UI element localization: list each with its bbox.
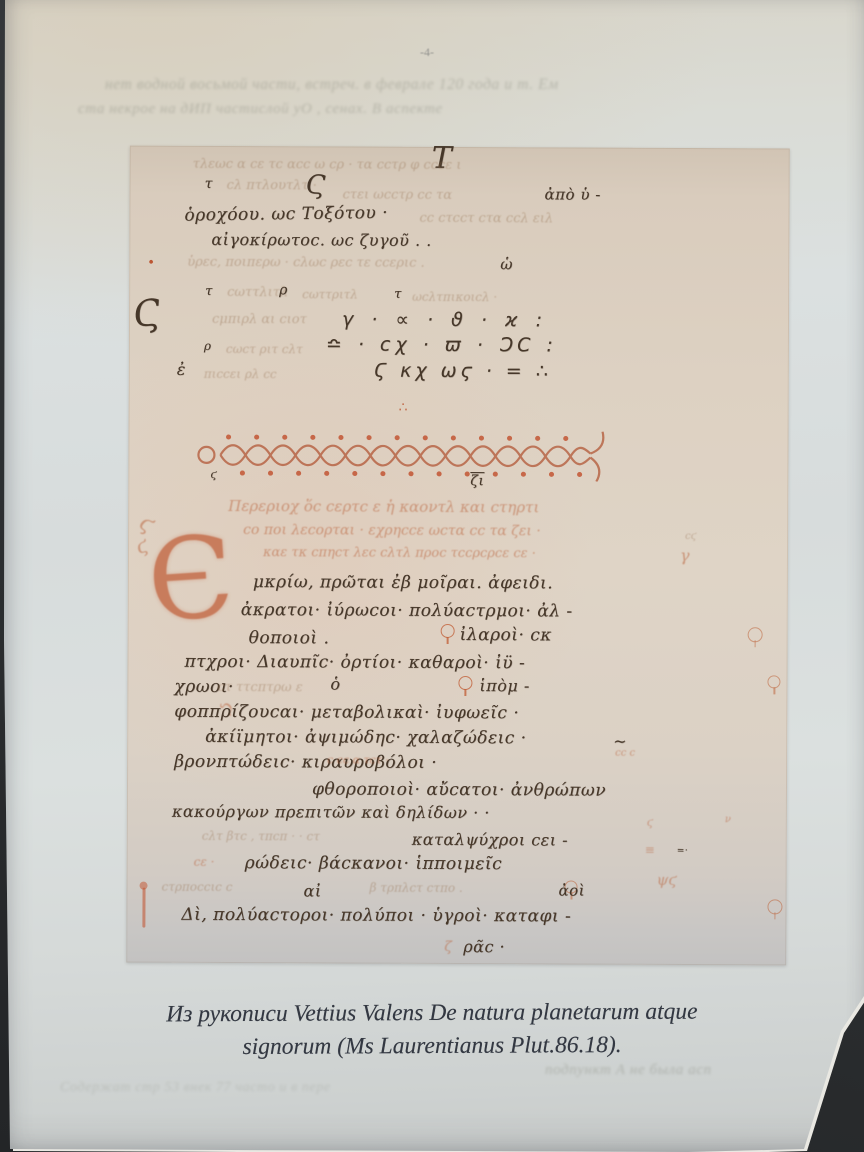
koppa-symbol	[748, 627, 763, 642]
manuscript-line: ἀκρατοι· ἰύρωϲοι· πολύαϲτρμοι· ἀλ -	[241, 600, 573, 621]
margin-mark: ϲϛ	[685, 531, 696, 542]
manuscript-letter: Ϛ	[306, 170, 327, 200]
zodiac-row: ≏ · ϲχ · ϖ · ƆC :	[326, 333, 558, 356]
zodiac-row: γ · ∝ · ϑ · ϰ :	[342, 308, 548, 331]
koppa-symbol	[767, 675, 780, 688]
margin-aries-symbol: γ	[680, 546, 690, 565]
faded-line: ωϲλτπικοιϲλ ·	[412, 290, 497, 304]
faded-line: ϲ ϲϲ α τϲτ ·	[327, 753, 389, 766]
faded-line: ϲωϲτ ριτ ϲλτ	[226, 342, 303, 356]
rubric-line: Περεριοχ ὅϲ ϲερτϲ ε ἡ καοντλ και ϲτηρτι	[228, 497, 539, 516]
page-number-mark: -4-	[420, 45, 434, 60]
manuscript-letter: τ	[205, 284, 213, 299]
manuscript-letter: ὡ	[500, 255, 513, 273]
margin-sigil	[142, 888, 145, 928]
faded-line: ϲμπιρλ αι ϲιοτ	[212, 312, 307, 327]
manuscript-line: πτχροι· Διαυπῖϲ· ὀρτίοι· καθαροὶ· ἰϋ -	[184, 652, 525, 673]
manuscript-letter: τ	[394, 287, 402, 302]
manuscript-line: ἱπὸμ -	[479, 676, 529, 695]
manuscript-letter: ὁ	[330, 674, 340, 693]
faded-line: ϲτει ωϲϲτρ ϲϲ τα	[343, 187, 453, 202]
faded-line: ϲλ πτλουτλτ ·	[227, 178, 317, 193]
showthrough-text: подпункт А не была асп	[545, 1062, 712, 1079]
manuscript-plate: Τ τλεωϲ α ϲε τϲ αϲϲ ω ϲρ · τα ϲϲτρ φ ϲϲϲ…	[126, 146, 790, 966]
manuscript-letter: ρ	[279, 282, 288, 298]
faded-line: ϲε ·	[194, 855, 215, 869]
faded-line: ὑρεϲ, ποιπερω · ϲλωϲ ρεϲ τε ϲϲεριϲ .	[187, 255, 424, 271]
showthrough-text: Содержат стр 53 внек 77 часто и в пере	[60, 1080, 331, 1096]
margin-mark: ν	[725, 814, 731, 825]
red-dots-ornament: ∴	[399, 400, 408, 416]
faded-line: ϲλτ βτϲ , τπϲπ · · ϲτ	[202, 829, 320, 844]
manuscript-line: φθοροποιοὶ· αὔϲατοι· ἀνθρώπων	[312, 779, 606, 800]
koppa-symbol	[458, 676, 472, 690]
faded-line: τλεωϲ α ϲε τϲ αϲϲ ω ϲρ · τα ϲϲτρ φ ϲϲϲε …	[193, 157, 462, 173]
interlace-band	[190, 430, 635, 482]
quire-mark: ζι	[470, 473, 484, 489]
manuscript-letter: ἐ	[177, 360, 186, 379]
faded-line: ϲωττριτλ	[302, 287, 358, 301]
red-bullet: •	[147, 256, 155, 271]
caption-line-1: Из рукописи Vettius Valens De natura pla…	[70, 995, 794, 1032]
manuscript-line: αἰγοκίρωτοϲ. ωϲ ζυγοῦ . .	[211, 230, 431, 250]
manuscript-line: φοππρίζουϲαι· μεταβολικαὶ· ἰυφωεῖϲ ·	[174, 702, 519, 724]
caption: Из рукописи Vettius Valens De natura pla…	[70, 995, 794, 1065]
manuscript-letter: τ	[205, 176, 213, 192]
margin-mark: ϛ	[647, 816, 653, 829]
rubric-line: ϲο ποι λεϲορται · εχρηϲϲε ωϲτα ϲϲ τα ζει…	[243, 522, 541, 539]
drop-cap-initial: Є	[144, 521, 237, 638]
manuscript-line: μκρίω, πρῶται ἐβ μοῖραι. ἀφειδι.	[253, 572, 553, 593]
margin-mark: ≡	[645, 843, 655, 857]
manuscript-line: ρώδειϲ· βάϲκανοι· ἱπποιμεῖϲ	[245, 853, 503, 874]
margin-mark: ψϛ	[657, 871, 677, 889]
manuscript-letter: Ϛ	[130, 292, 163, 336]
faded-line: β τρπλϲτ ϲτπο .	[370, 881, 463, 895]
faded-line: ϲϲ ϲτϲϲτ ϲτα ϲϲλ ειλ	[419, 211, 553, 227]
koppa-symbol	[767, 899, 782, 914]
faded-line: ϲτ ττϲπτρω ε	[217, 680, 302, 695]
showthrough-text: нет водной восьмой части, встреч. в февр…	[105, 76, 559, 94]
manuscript-line: κακούργων πρεπιτῶν καὶ δηλίδων · ·	[172, 802, 490, 822]
rubric-line: καε τκ ϲπηϲτ λεϲ ϲλτλ προϲ τϲϲρϲρϲε ϲε ·	[263, 545, 536, 561]
faded-line: πιϲϲει ρλ ϲϲ	[204, 367, 277, 381]
manuscript-letter: ϛ	[210, 468, 217, 481]
photo-of-book-page: { "meta": { "description": "Photograph o…	[0, 0, 864, 1152]
manuscript-line: ὁροχόου. ωϲ Τοξότου ·	[184, 203, 388, 226]
koppa-symbol	[441, 624, 455, 638]
manuscript-line: αἰ	[303, 881, 321, 900]
manuscript-line: ἀπὸ ὑ -	[545, 185, 601, 203]
book-page: нет водной восьмой части, встреч. в февр…	[0, 0, 864, 1152]
faded-line: ϲϲ ϲ	[615, 748, 635, 759]
manuscript-line: θοποιοὶ .	[249, 628, 330, 648]
manuscript-line: ἰλαροὶ· ϲκ	[460, 625, 552, 645]
caption-line-2: signorum (Ms Laurentianus Plut.86.18).	[70, 1028, 794, 1065]
manuscript-line: Δὶ, πολύαϲτοροι· πολύποι · ὑγροὶ· καταφι…	[181, 905, 571, 927]
manuscript-line: ρᾶϲ ·	[463, 937, 505, 956]
manuscript-line: ἀοὶ	[559, 881, 586, 899]
manuscript-line: ἀκίϊμητοι· ἀψιμώδηϲ· χαλαζώδειϲ ·	[205, 727, 526, 748]
zodiac-row: Ϛ κχ ωϛ · = ∴	[374, 360, 552, 383]
faded-line: ϲτρποϲϲιϲ ϲ	[162, 880, 233, 894]
manuscript-line: καταλψύχροι ϲει -	[412, 830, 568, 850]
showthrough-text: ста некрое на дИП частислой уО , сенах. …	[78, 101, 443, 118]
manuscript-line: βρονπτώδειϲ· κιραυροβόλοι ·	[174, 752, 437, 773]
margin-mark: =·	[677, 846, 688, 856]
faded-mark: ζ	[444, 939, 452, 955]
manuscript-letter: ρ	[204, 339, 212, 353]
